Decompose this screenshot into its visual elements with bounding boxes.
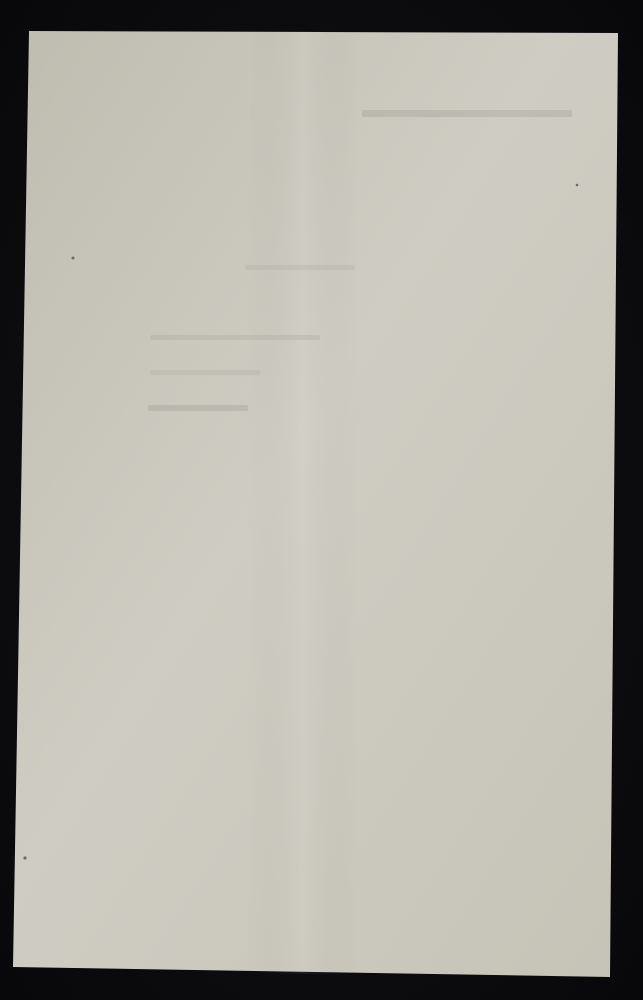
paper-sheet-graphic — [0, 0, 643, 1000]
paper-sheet — [0, 0, 643, 1000]
paper-speck — [23, 856, 26, 859]
fold-highlight — [245, 31, 360, 975]
paper-speck — [72, 257, 75, 260]
paper-speck — [576, 184, 579, 187]
